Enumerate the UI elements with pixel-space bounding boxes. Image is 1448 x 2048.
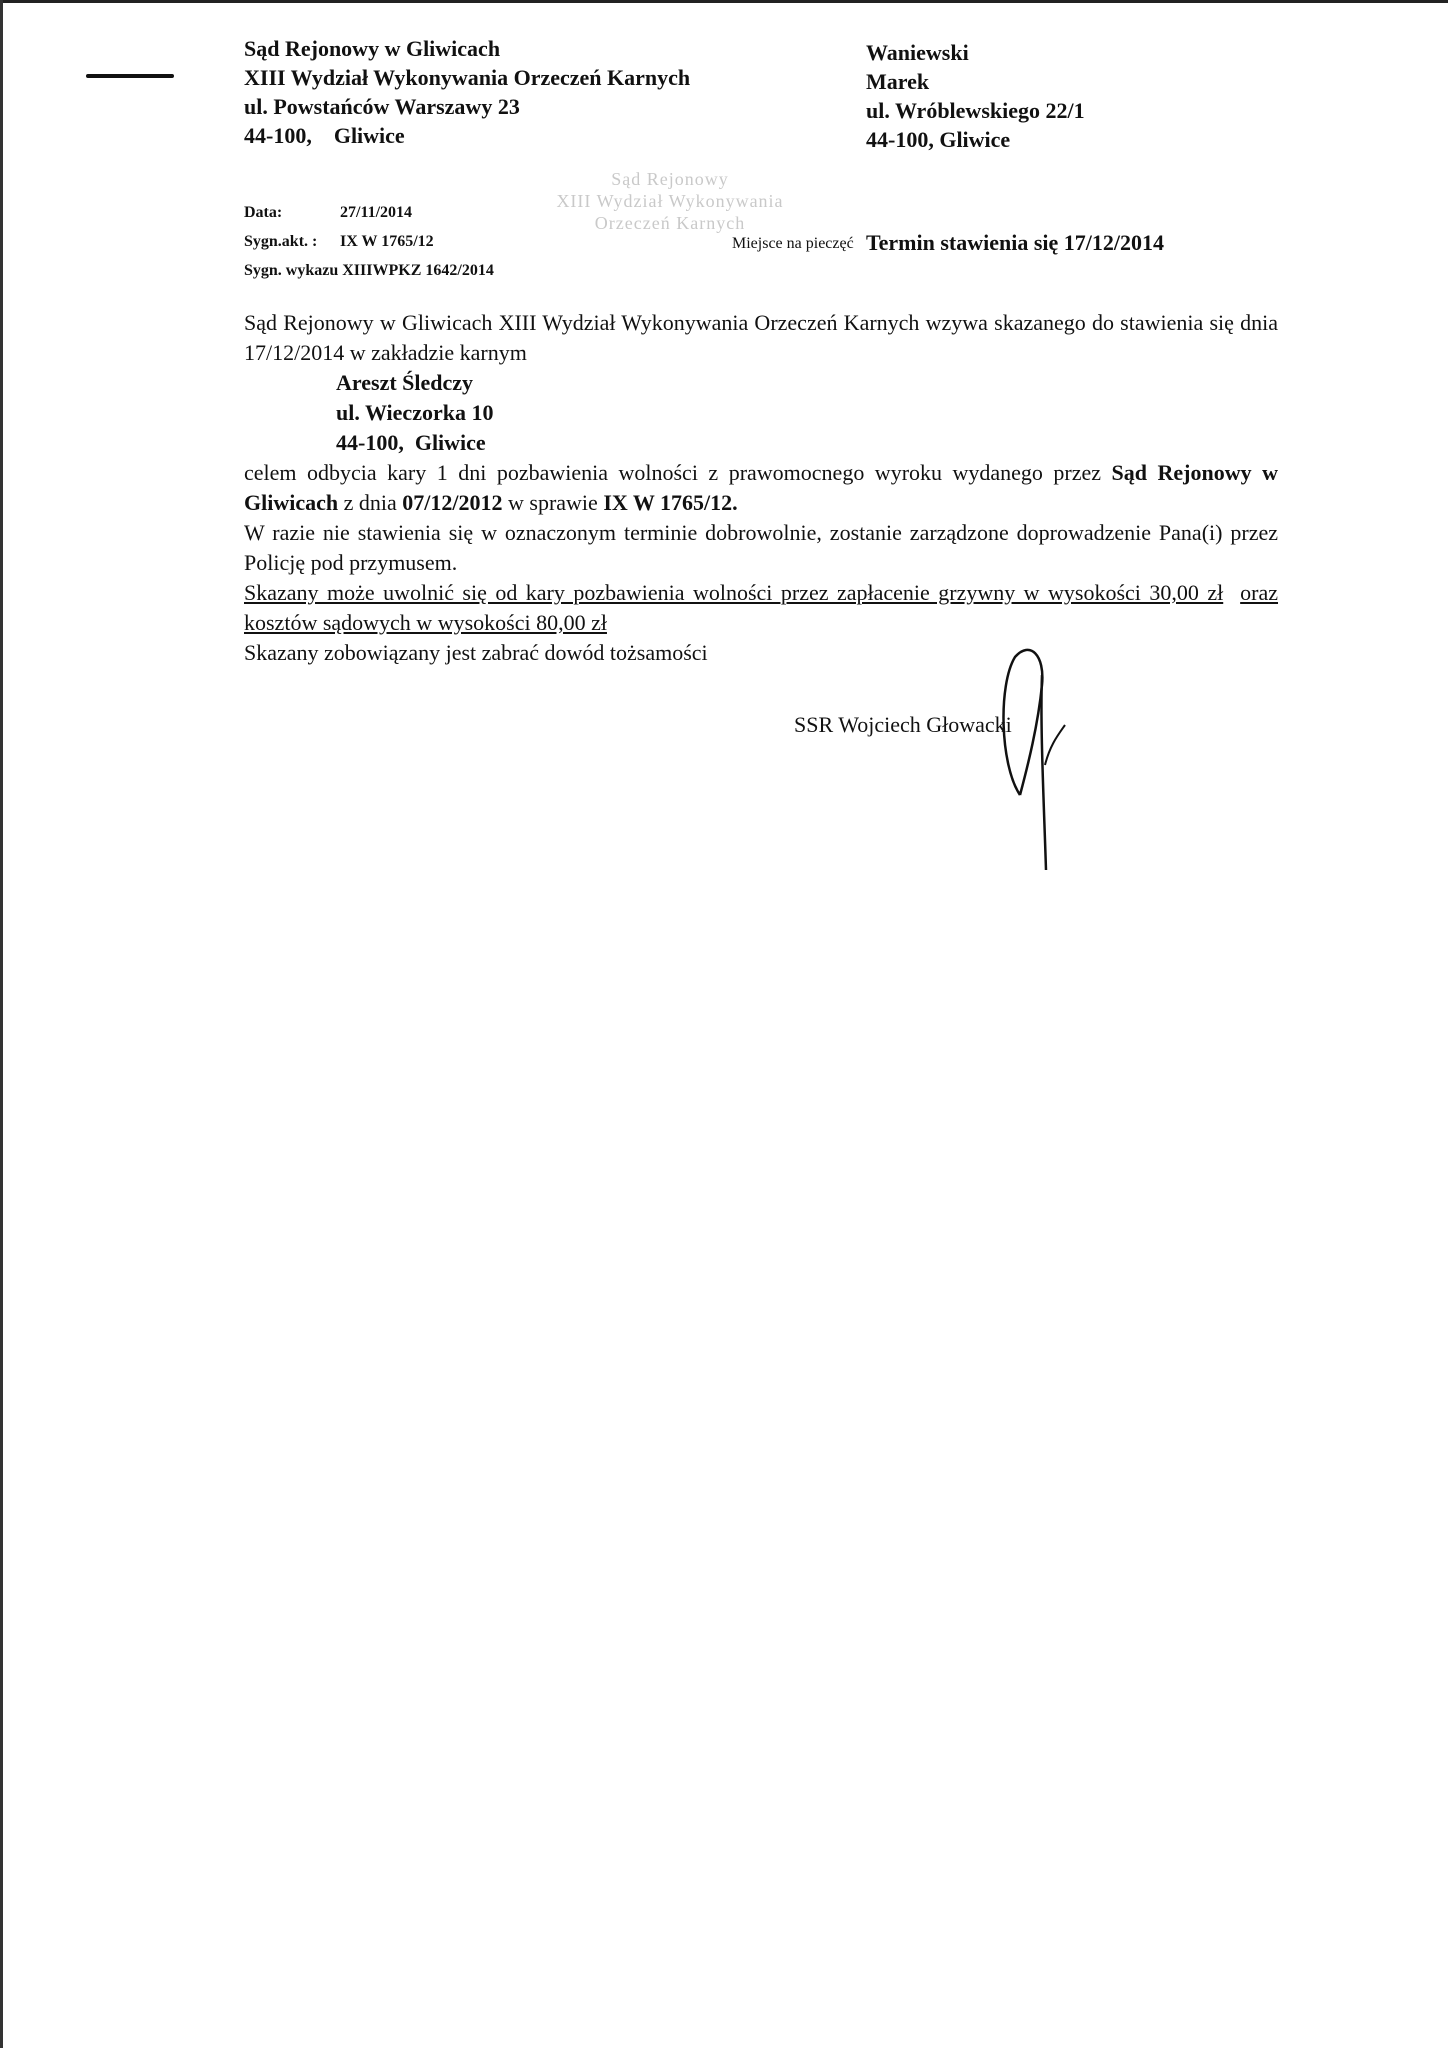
stamp-placeholder-label: Miejsce na pieczęć	[732, 235, 854, 253]
sender-line: 44-100, Gliwice	[244, 121, 690, 150]
intro-paragraph: Sąd Rejonowy w Gliwicach XIII Wydział Wy…	[244, 308, 1278, 368]
fine-paragraph: Skazany może uwolnić się od kary pozbawi…	[244, 578, 1278, 638]
date-label: Data:	[244, 198, 340, 227]
list-label: Sygn. wykazu	[244, 262, 338, 279]
sentence-paragraph: celem odbycia kary 1 dni pozbawienia wol…	[244, 458, 1278, 518]
sender-line: XIII Wydział Wykonywania Orzeczeń Karnyc…	[244, 63, 690, 92]
id-notice: Skazany zobowiązany jest zabrać dowód to…	[244, 638, 1278, 668]
summons-body: Sąd Rejonowy w Gliwicach XIII Wydział Wy…	[244, 308, 1278, 668]
recipient-line: Marek	[866, 67, 1085, 96]
recipient-address: Waniewski Marek ul. Wróblewskiego 22/1 4…	[866, 38, 1085, 154]
faded-stamp: Sąd Rejonowy XIII Wydział Wykonywania Or…	[510, 168, 830, 234]
case-label: Sygn.akt. :	[244, 227, 340, 256]
recipient-line: ul. Wróblewskiego 22/1	[866, 96, 1085, 125]
sender-address: Sąd Rejonowy w Gliwicach XIII Wydział Wy…	[244, 34, 690, 150]
scan-left-edge	[0, 0, 3, 2048]
scan-top-edge	[0, 0, 1448, 5]
recipient-line: 44-100, Gliwice	[866, 125, 1085, 154]
date-value: 27/11/2014	[340, 204, 412, 221]
case-metadata: Data:27/11/2014 Sygn.akt. :IX W 1765/12 …	[244, 198, 494, 285]
list-value: XIIIWPKZ 1642/2014	[342, 262, 494, 279]
fold-mark	[86, 74, 174, 78]
sender-line: Sąd Rejonowy w Gliwicach	[244, 34, 690, 63]
recipient-line: Waniewski	[866, 38, 1085, 67]
case-value: IX W 1765/12	[340, 233, 434, 250]
signatory-name: SSR Wojciech Głowacki	[794, 712, 1012, 738]
facility-address: Areszt Śledczy ul. Wieczorka 10 44-100, …	[244, 368, 1278, 458]
deadline-heading: Termin stawienia się 17/12/2014	[866, 230, 1164, 256]
sender-line: ul. Powstańców Warszawy 23	[244, 92, 690, 121]
warning-paragraph: W razie nie stawienia się w oznaczonym t…	[244, 518, 1278, 578]
handwritten-signature	[990, 645, 1080, 875]
